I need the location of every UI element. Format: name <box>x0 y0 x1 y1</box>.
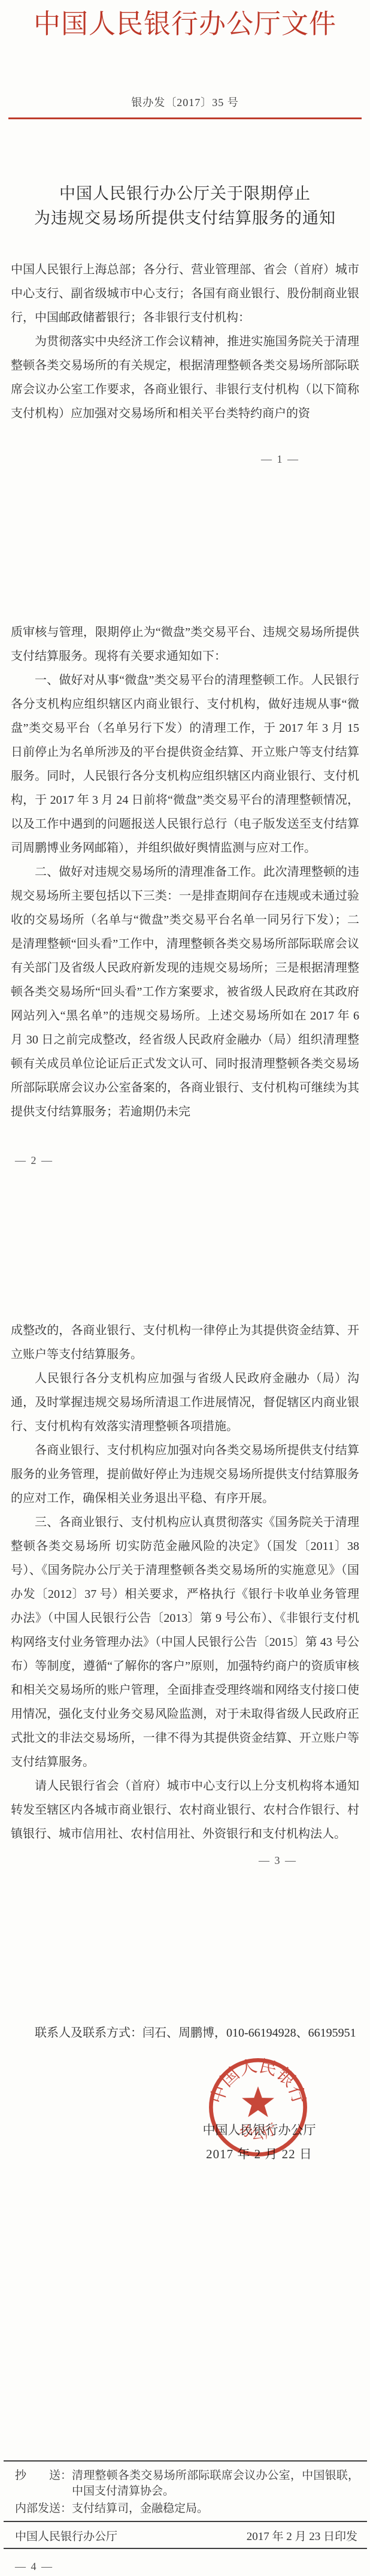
page-number-3: — 3 — <box>259 1854 297 1867</box>
document-title: 中国人民银行办公厅关于限期停止 为违规交易场所提供支付结算服务的通知 <box>0 182 370 231</box>
banks-management-paragraph: 各商业银行、支付机构应加强对向各类交易场所提供支付结算服务的业务管理，提前做好停… <box>11 1438 359 1510</box>
page1-body: 中国人民银行上海总部；各分行、营业管理部、省会（首府）城市中心支行、副省级城市中… <box>11 258 359 426</box>
internal-distribution-row: 内部发送： 支付结算司，金融稳定局。 <box>15 2501 359 2517</box>
cc-label: 抄 送： <box>15 2468 72 2484</box>
section3-paragraph: 三、各商业银行、支付机构应认真贯彻落实《国务院关于清理整顿各类交易场所 切实防范… <box>11 1510 359 1774</box>
continued-paragraph-2: 成整改的，各商业银行、支付机构一律停止为其提供资金结算、开立账户等支付结算服务。 <box>11 1319 359 1367</box>
forwarding-paragraph: 请人民银行省会（首府）城市中心支行以上分支机构将本通知转发至辖区内各城市商业银行… <box>11 1774 359 1846</box>
internal-label: 内部发送： <box>15 2501 72 2517</box>
issuer-row: 中国人民银行办公厅 2017 年 2 月 23 日印发 <box>15 2529 357 2545</box>
intro-paragraph: 为贯彻落实中央经济工作会议精神，推进实施国务院关于清理整顿各类交易场所的有关规定… <box>11 330 359 426</box>
footer-divider-bottom <box>4 2548 367 2549</box>
page3-body: 成整改的，各商业银行、支付机构一律停止为其提供资金结算、开立账户等支付结算服务。… <box>11 1319 359 1846</box>
issuer-name: 中国人民银行办公厅 <box>15 2529 117 2545</box>
continued-paragraph: 质审核与管理，限期停止为“微盘”类交易平台、违规交易场所提供支付结算服务。现将有… <box>11 620 359 668</box>
seal-star-icon <box>242 2086 274 2117</box>
document-page: 中国人民银行办公厅文件 银办发〔2017〕35 号 中国人民银行办公厅关于限期停… <box>0 0 370 2576</box>
internal-text: 支付结算司，金融稳定局。 <box>72 2501 359 2517</box>
official-seal: 中国人民银行 办公厅 <box>204 2053 312 2161</box>
print-date: 2017 年 2 月 23 日印发 <box>247 2529 357 2545</box>
section2-paragraph: 二、做好对违规交易场所的清理准备工作。此次清理整顿的违规交易场所主要包括以下三类… <box>11 860 359 1124</box>
document-number: 银办发〔2017〕35 号 <box>0 94 370 110</box>
letterhead-title: 中国人民银行办公厅文件 <box>0 2 370 41</box>
document-title-line1: 中国人民银行办公厅关于限期停止 <box>0 182 370 206</box>
cc-text: 清理整顿各类交易场所部际联席会议办公室，中国银联，中国支付清算协会。 <box>72 2468 359 2499</box>
section1-paragraph: 一、做好对从事“微盘”类交易平台的清理整顿工作。人民银行各分支机构应组织辖区内商… <box>11 668 359 860</box>
svg-text:办公厅: 办公厅 <box>236 2121 280 2142</box>
document-title-line2: 为违规交易场所提供支付结算服务的通知 <box>0 206 370 231</box>
red-separator-line <box>8 117 362 119</box>
page-number-2: — 2 — <box>15 1154 53 1167</box>
page-number-1: — 1 — <box>261 453 299 466</box>
seal-bottom-text: 办公厅 <box>236 2121 280 2142</box>
page-number-4: — 4 — <box>15 2560 53 2573</box>
recipients-paragraph: 中国人民银行上海总部；各分行、营业管理部、省会（首府）城市中心支行、副省级城市中… <box>11 258 359 330</box>
footer-divider-middle <box>4 2521 367 2522</box>
footer-divider-top <box>4 2460 367 2462</box>
cc-row: 抄 送： 清理整顿各类交易场所部际联席会议办公室，中国银联，中国支付清算协会。 <box>15 2468 359 2499</box>
contact-line: 联系人及联系方式：闫石、周鹏博，010-66194928、66195951 <box>11 2021 359 2045</box>
page2-body: 质审核与管理，限期停止为“微盘”类交易平台、违规交易场所提供支付结算服务。现将有… <box>11 620 359 1124</box>
pboc-branches-paragraph: 人民银行各分支机构应加强与省级人民政府金融办（局）沟通，及时掌握违规交易场所清退… <box>11 1367 359 1438</box>
